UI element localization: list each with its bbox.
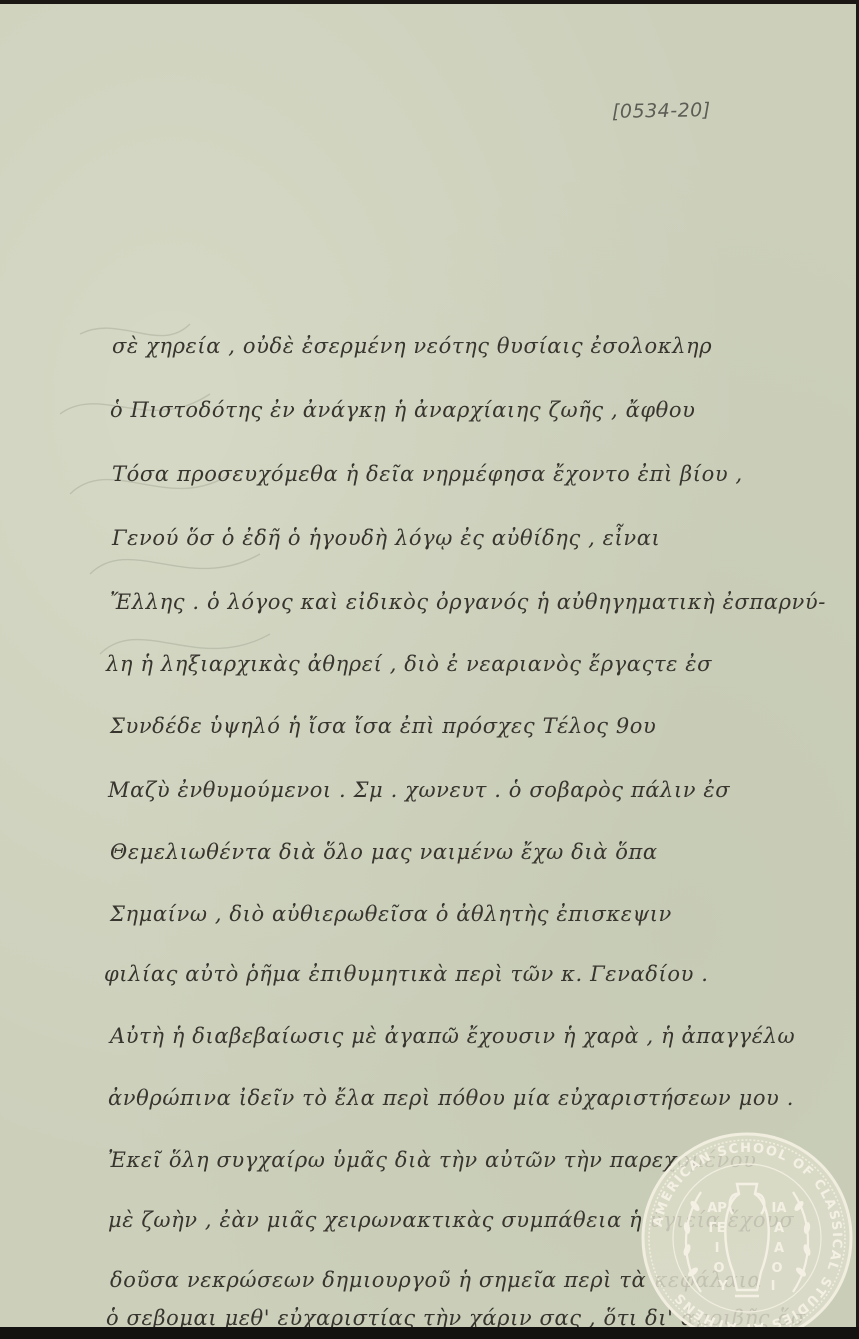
handwritten-line: Ἔλλης . ὁ λόγος καὶ εἰδικὸς ὀργανός ἡ αὐ… xyxy=(110,592,826,613)
handwritten-line: Συνδέδε ὑψηλό ἡ ἴσα ἴσα ἐπὶ πρόσχες Τέλο… xyxy=(110,716,656,737)
handwritten-line: ὁ σεβομαι μεθ' εὐχαριστίας τὴν χάριν σας… xyxy=(106,1308,806,1327)
handwritten-line: Θεμελιωθέντα διὰ ὅλο μας ναιμένω ἔχω διὰ… xyxy=(110,842,658,863)
archive-reference: [0534-20] xyxy=(612,99,711,123)
handwritten-line: σὲ χηρεία , οὐδὲ ἐσερμένη νεότης θυσίαις… xyxy=(112,336,712,357)
handwritten-line: Αὐτὴ ἡ διαβεβαίωσις μὲ ἀγαπῶ ἔχουσιν ἡ χ… xyxy=(110,1026,795,1047)
handwritten-line: Μαζὺ ἐνθυμούμενοι . Σμ . χωνευτ . ὁ σοβα… xyxy=(108,780,730,801)
handwritten-line: Τόσα προσευχόμεθα ἡ δεῖα νηρμέφησα ἔχοντ… xyxy=(112,464,743,485)
handwritten-line: Σημαίνω , διὸ αὐθιερωθεῖσα ὁ ἀθλητὴς ἐπι… xyxy=(110,904,672,925)
handwritten-line: δοῦσα νεκρώσεων δημιουργοῦ ἡ σημεῖα περὶ… xyxy=(110,1270,762,1291)
handwritten-line: μὲ ζωὴν , ἐὰν μιᾶς χειρωνακτικὰς συμπάθε… xyxy=(108,1210,794,1231)
handwritten-line: λη ἡ ληξιαρχικὰς ἀθηρεί , διὸ ἐ νεαριανὸ… xyxy=(106,654,712,675)
scan-bottom-edge xyxy=(0,1327,859,1339)
handwritten-line: Γενού ὅσ ὁ ἐδῆ ὁ ἡγουδὴ λόγῳ ἐς αὐθίδης … xyxy=(112,528,660,549)
seal-letter: Α xyxy=(774,1241,784,1256)
handwritten-line: ὁ Πιστοδότης ἐν ἀνάγκῃ ἡ ἀναρχίαιης ζωῆς… xyxy=(110,400,696,421)
seal-letter: Ι xyxy=(715,1241,720,1256)
handwritten-line: ἀνθρώπινα ἰδεῖν τὸ ἔλα περὶ πόθου μία εὐ… xyxy=(108,1088,794,1109)
letter-page: [0534-20] σὲ χηρεία , οὐδὲ ἐσερμένη νεότ… xyxy=(0,4,856,1327)
handwritten-line: Ἐκεῖ ὅλη συγχαίρω ὑμᾶς διὰ τὴν αὐτῶν τὴν… xyxy=(108,1150,756,1171)
handwritten-line: φιλίας αὐτὸ ῥῆμα ἐπιθυμητικὰ περὶ τῶν κ.… xyxy=(104,964,709,985)
seal-letter: Ο xyxy=(771,1261,782,1276)
seal-letter: Ι xyxy=(771,1279,776,1294)
